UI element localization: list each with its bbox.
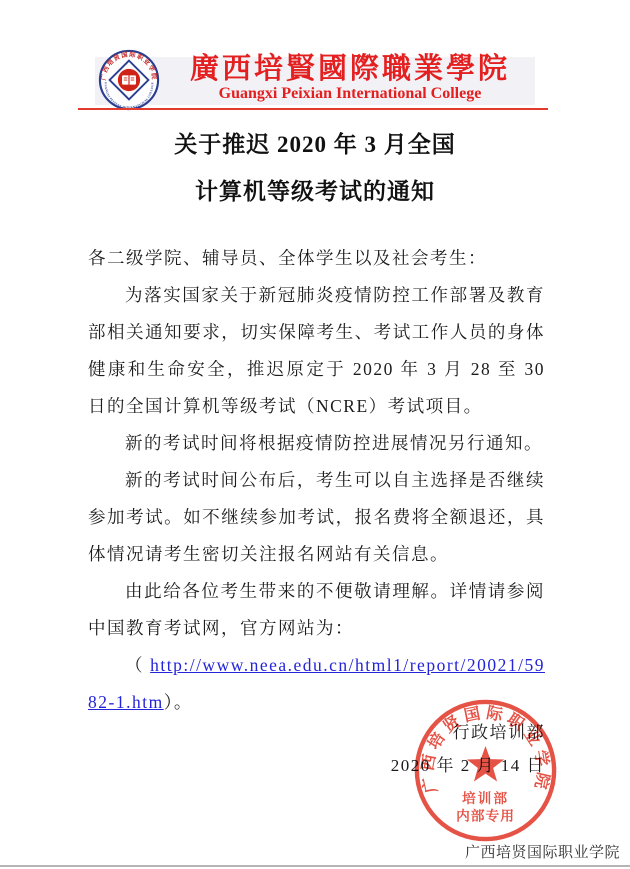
- window-bottom-edge: [0, 865, 630, 867]
- document-title-line1: 关于推迟 2020 年 3 月全国: [0, 121, 630, 168]
- college-header: 广西培贤国际职业学院 GUANGXI PEIXIAN INTERNATIONAL…: [95, 57, 535, 105]
- document-body: 各二级学院、辅导员、全体学生以及社会考生： 为落实国家关于新冠肺炎疫情防控工作部…: [88, 240, 545, 721]
- paragraph: 由此给各位考生带来的不便敬请理解。详情请参阅中国教育考试网，官方网站为：: [88, 573, 545, 647]
- salutation: 各二级学院、辅导员、全体学生以及社会考生：: [88, 240, 545, 277]
- link-prefix: （: [125, 655, 150, 675]
- document-page: 广西培贤国际职业学院 GUANGXI PEIXIAN INTERNATIONAL…: [0, 0, 630, 869]
- paragraph: 新的考试时间将根据疫情防控进展情况另行通知。: [88, 425, 545, 462]
- seal-text-line1: 培训部: [462, 790, 509, 806]
- paragraph: 新的考试时间公布后，考生可以自主选择是否继续参加考试。如不继续参加考试，报名费将…: [88, 462, 545, 573]
- document-title: 关于推迟 2020 年 3 月全国 计算机等级考试的通知: [0, 121, 630, 215]
- header-divider: [78, 108, 548, 110]
- seal-text-line2: 内部专用: [456, 807, 515, 823]
- neea-report-link[interactable]: http://www.neea.edu.cn/html1/report/2002…: [88, 655, 545, 712]
- college-logo-icon: 广西培贤国际职业学院 GUANGXI PEIXIAN INTERNATIONAL…: [98, 49, 160, 111]
- signature-block: 行政培训部 2020 年 2 月 14 日: [391, 716, 545, 782]
- link-suffix: ）。: [164, 692, 193, 712]
- college-name-block: 廣西培賢國際職業學院 Guangxi Peixian International…: [167, 53, 533, 103]
- link-paragraph: （ http://www.neea.edu.cn/html1/report/20…: [88, 647, 545, 721]
- signature-department: 行政培训部: [391, 716, 545, 749]
- signature-date: 2020 年 2 月 14 日: [391, 749, 545, 782]
- footer-college-name: 广西培贤国际职业学院: [465, 841, 620, 862]
- college-name-zh: 廣西培賢國際職業學院: [167, 53, 533, 85]
- paragraph: 为落实国家关于新冠肺炎疫情防控工作部署及教育部相关通知要求，切实保障考生、考试工…: [88, 277, 545, 425]
- college-name-en: Guangxi Peixian International College: [167, 85, 533, 103]
- document-title-line2: 计算机等级考试的通知: [0, 168, 630, 215]
